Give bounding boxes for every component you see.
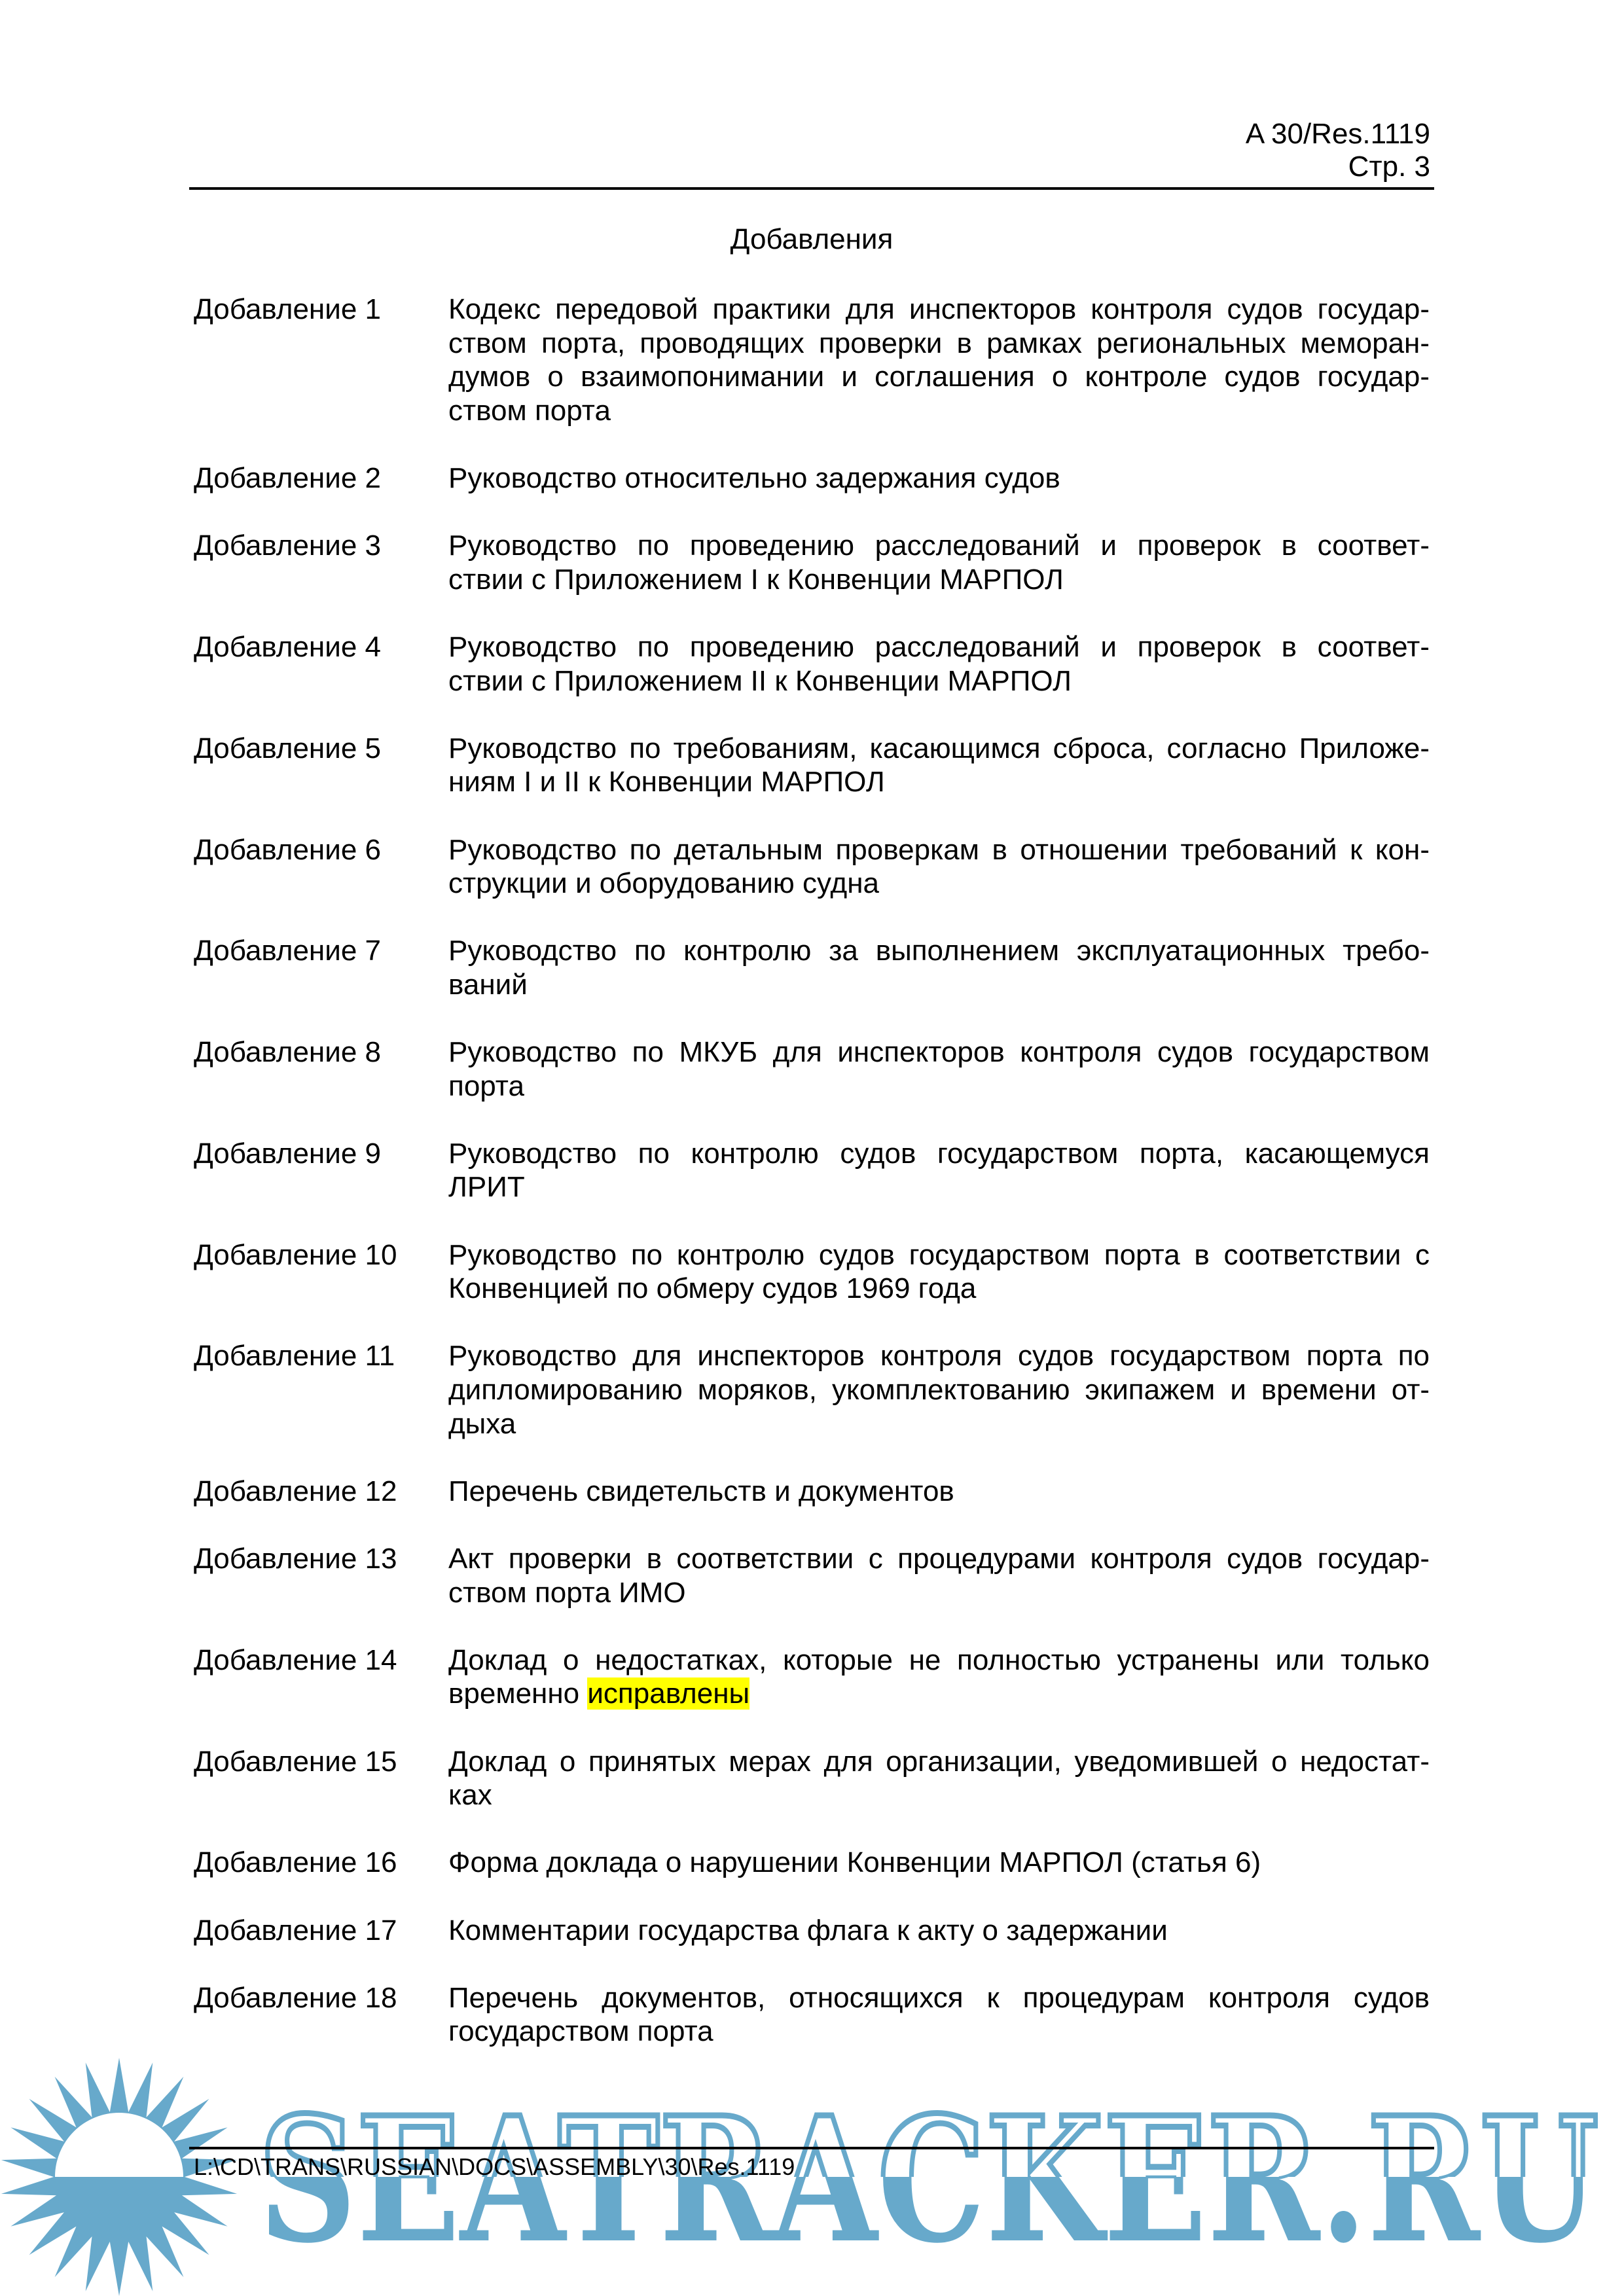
appendix-title-line: Руководство по контролю судов государств…	[448, 1137, 1430, 1171]
appendix-label: Добавление 13	[194, 1542, 448, 1609]
appendix-title: Руководство для инспекторов контроля суд…	[448, 1339, 1430, 1441]
line-text: Форма доклада о нарушении Конвенции МАРП…	[448, 1846, 1261, 1878]
appendix-title-line: ках	[448, 1778, 1430, 1812]
appendix-title-line: Руководство по детальным проверкам в отн…	[448, 833, 1430, 867]
appendix-entry: Добавление 8Руководство по МКУБ для инсп…	[194, 1035, 1430, 1103]
appendix-label: Добавление 5	[194, 732, 448, 799]
appendix-title-line: порта	[448, 1069, 1430, 1103]
line-text: временно	[448, 1677, 587, 1710]
appendix-label: Добавление 11	[194, 1339, 448, 1441]
appendix-title: Руководство по детальным проверкам в отн…	[448, 833, 1430, 901]
appendix-entry: Добавление 15Доклад о принятых мерах для…	[194, 1745, 1430, 1812]
appendix-label: Добавление 7	[194, 934, 448, 1001]
highlighted-word: исправлены	[587, 1677, 749, 1710]
line-text: порта	[448, 1070, 524, 1102]
appendix-entry: Добавление 4Руководство по проведению ра…	[194, 630, 1430, 698]
line-text: Перечень документов, относящихся к проце…	[448, 1982, 1430, 2014]
line-text: струкции и оборудованию судна	[448, 867, 879, 899]
line-text: Кодекс передовой практики для инспекторо…	[448, 293, 1430, 325]
appendix-label: Добавление 17	[194, 1914, 448, 1948]
appendix-title: Доклад о принятых мерах для организации,…	[448, 1745, 1430, 1812]
line-text: Руководство по детальным проверкам в отн…	[448, 834, 1430, 866]
appendix-title: Руководство по контролю за выполнением э…	[448, 934, 1430, 1001]
appendix-entry: Добавление 18Перечень документов, относя…	[194, 1981, 1430, 2049]
document-symbol: A 30/Res.1119	[1246, 118, 1430, 151]
appendix-title-line: государством порта	[448, 2015, 1430, 2049]
appendix-title-line: ствии с Приложением II к Конвенции МАРПО…	[448, 664, 1430, 698]
appendix-title: Руководство по МКУБ для инспекторов конт…	[448, 1035, 1430, 1103]
line-text: Руководство по контролю за выполнением э…	[448, 935, 1430, 967]
appendix-entry: Добавление 12Перечень свидетельств и док…	[194, 1475, 1430, 1509]
footer-rule	[189, 2147, 1434, 2149]
appendix-title: Руководство по проведению расследований …	[448, 630, 1430, 698]
appendix-title: Перечень документов, относящихся к проце…	[448, 1981, 1430, 2049]
line-text: дипломированию моряков, укомплектованию …	[448, 1374, 1430, 1406]
header-rule	[189, 187, 1434, 190]
line-text: Конвенцией по обмеру судов 1969 года	[448, 1272, 976, 1304]
line-text: Руководство по проведению расследований …	[448, 529, 1430, 562]
appendix-title-line: ствии с Приложением I к Конвенции МАРПОЛ	[448, 563, 1430, 597]
appendix-title: Руководство по контролю судов государств…	[448, 1137, 1430, 1204]
appendix-label: Добавление 3	[194, 529, 448, 596]
line-text: ствии с Приложением I к Конвенции МАРПОЛ	[448, 564, 1064, 596]
appendix-title-line: ством порта, проводящих проверки в рамка…	[448, 327, 1430, 361]
appendix-title: Кодекс передовой практики для инспекторо…	[448, 293, 1430, 427]
appendix-title-line: Форма доклада о нарушении Конвенции МАРП…	[448, 1846, 1430, 1880]
line-text: Руководство по контролю судов государств…	[448, 1239, 1430, 1271]
appendix-title-line: Кодекс передовой практики для инспекторо…	[448, 293, 1430, 327]
appendix-title-line: дыха	[448, 1407, 1430, 1441]
appendix-title-line: Доклад о принятых мерах для организации,…	[448, 1745, 1430, 1779]
appendix-title-line: думов о взаимопонимании и соглашения о к…	[448, 360, 1430, 394]
document-page: A 30/Res.1119 Стр. 3 Добавления Добавлен…	[0, 0, 1624, 2296]
appendix-title-line: Перечень свидетельств и документов	[448, 1475, 1430, 1509]
line-text: ваний	[448, 969, 528, 1001]
appendix-title: Руководство по требованиям, касающимся с…	[448, 732, 1430, 799]
appendix-entry: Добавление 5Руководство по требованиям, …	[194, 732, 1430, 799]
line-text: ством порта	[448, 395, 611, 427]
appendix-title-line: Комментарии государства флага к акту о з…	[448, 1914, 1430, 1948]
appendix-title-line: ниям I и II к Конвенции МАРПОЛ	[448, 765, 1430, 799]
line-text: Перечень свидетельств и документов	[448, 1475, 954, 1507]
appendix-label: Добавление 15	[194, 1745, 448, 1812]
appendix-label: Добавление 14	[194, 1643, 448, 1711]
appendix-label: Добавление 16	[194, 1846, 448, 1880]
appendix-entry: Добавление 1Кодекс передовой практики дл…	[194, 293, 1430, 427]
appendix-title-line: Руководство по контролю за выполнением э…	[448, 934, 1430, 968]
appendix-label: Добавление 1	[194, 293, 448, 427]
line-text: Руководство относительно задержания судо…	[448, 462, 1060, 494]
appendix-title: Акт проверки в соответствии с процедурам…	[448, 1542, 1430, 1609]
line-text: государством порта	[448, 2015, 713, 2047]
line-text: Доклад о недостатках, которые не полност…	[448, 1644, 1430, 1676]
appendix-title: Доклад о недостатках, которые не полност…	[448, 1643, 1430, 1711]
appendix-title-line: Руководство для инспекторов контроля суд…	[448, 1339, 1430, 1373]
appendix-title-line: Руководство по требованиям, касающимся с…	[448, 732, 1430, 766]
appendix-entry: Добавление 9Руководство по контролю судо…	[194, 1137, 1430, 1204]
line-text: дыха	[448, 1408, 516, 1440]
appendix-title-line: Руководство относительно задержания судо…	[448, 461, 1430, 495]
appendix-entry: Добавление 16Форма доклада о нарушении К…	[194, 1846, 1430, 1880]
line-text: Доклад о принятых мерах для организации,…	[448, 1746, 1430, 1778]
appendix-title-line: Руководство по проведению расследований …	[448, 529, 1430, 563]
appendix-entry: Добавление 7Руководство по контролю за в…	[194, 934, 1430, 1001]
appendix-label: Добавление 9	[194, 1137, 448, 1204]
appendix-entry: Добавление 3Руководство по проведению ра…	[194, 529, 1430, 596]
appendix-title-line: ством порта ИМО	[448, 1576, 1430, 1610]
line-text: Руководство по требованиям, касающимся с…	[448, 732, 1430, 764]
appendix-label: Добавление 4	[194, 630, 448, 698]
appendix-title-line: временно исправлены	[448, 1677, 1430, 1711]
appendix-label: Добавление 6	[194, 833, 448, 901]
line-text: Комментарии государства флага к акту о з…	[448, 1914, 1168, 1946]
appendix-title: Руководство по контролю судов государств…	[448, 1238, 1430, 1306]
line-text: ством порта, проводящих проверки в рамка…	[448, 327, 1430, 359]
appendix-title-line: дипломированию моряков, укомплектованию …	[448, 1373, 1430, 1407]
appendix-label: Добавление 10	[194, 1238, 448, 1306]
appendix-title-line: Доклад о недостатках, которые не полност…	[448, 1643, 1430, 1677]
page-number: Стр. 3	[1348, 151, 1430, 183]
appendix-title: Перечень свидетельств и документов	[448, 1475, 1430, 1509]
appendix-title: Руководство по проведению расследований …	[448, 529, 1430, 596]
line-text: ках	[448, 1779, 492, 1811]
appendix-list: Добавление 1Кодекс передовой практики дл…	[194, 293, 1430, 2082]
footer-file-path: L:\CD\TRANS\RUSSIAN\DOCS\ASSEMBLY\30\Res…	[194, 2153, 795, 2181]
appendix-title-line: струкции и оборудованию судна	[448, 867, 1430, 901]
appendix-entry: Добавление 10Руководство по контролю суд…	[194, 1238, 1430, 1306]
appendix-title-line: ством порта	[448, 394, 1430, 428]
appendix-title-line: ЛРИТ	[448, 1170, 1430, 1204]
appendix-title-line: Перечень документов, относящихся к проце…	[448, 1981, 1430, 2015]
line-text: Руководство для инспекторов контроля суд…	[448, 1340, 1430, 1372]
appendix-title-line: Акт проверки в соответствии с процедурам…	[448, 1542, 1430, 1576]
appendix-title-line: Руководство по МКУБ для инспекторов конт…	[448, 1035, 1430, 1069]
section-title: Добавления	[189, 223, 1434, 257]
line-text: ЛРИТ	[448, 1171, 525, 1203]
line-text: Руководство по МКУБ для инспекторов конт…	[448, 1036, 1430, 1068]
line-text: Руководство по контролю судов государств…	[448, 1138, 1430, 1170]
appendix-label: Добавление 8	[194, 1035, 448, 1103]
line-text: думов о взаимопонимании и соглашения о к…	[448, 361, 1430, 393]
appendix-title: Форма доклада о нарушении Конвенции МАРП…	[448, 1846, 1430, 1880]
appendix-title-line: ваний	[448, 968, 1430, 1002]
appendix-title: Руководство относительно задержания судо…	[448, 461, 1430, 495]
line-text: ством порта ИМО	[448, 1577, 686, 1609]
line-text: Акт проверки в соответствии с процедурам…	[448, 1543, 1430, 1575]
appendix-entry: Добавление 13Акт проверки в соответствии…	[194, 1542, 1430, 1609]
appendix-title: Комментарии государства флага к акту о з…	[448, 1914, 1430, 1948]
appendix-title-line: Руководство по контролю судов государств…	[448, 1238, 1430, 1272]
appendix-entry: Добавление 11Руководство для инспекторов…	[194, 1339, 1430, 1441]
appendix-label: Добавление 12	[194, 1475, 448, 1509]
line-text: ниям I и II к Конвенции МАРПОЛ	[448, 766, 885, 798]
line-text: Руководство по проведению расследований …	[448, 631, 1430, 663]
appendix-label: Добавление 2	[194, 461, 448, 495]
line-text: ствии с Приложением II к Конвенции МАРПО…	[448, 665, 1072, 697]
appendix-entry: Добавление 17Комментарии государства фла…	[194, 1914, 1430, 1948]
appendix-label: Добавление 18	[194, 1981, 448, 2049]
appendix-title-line: Конвенцией по обмеру судов 1969 года	[448, 1272, 1430, 1306]
appendix-entry: Добавление 14Доклад о недостатках, котор…	[194, 1643, 1430, 1711]
appendix-entry: Добавление 6Руководство по детальным про…	[194, 833, 1430, 901]
appendix-title-line: Руководство по проведению расследований …	[448, 630, 1430, 664]
appendix-entry: Добавление 2Руководство относительно зад…	[194, 461, 1430, 495]
